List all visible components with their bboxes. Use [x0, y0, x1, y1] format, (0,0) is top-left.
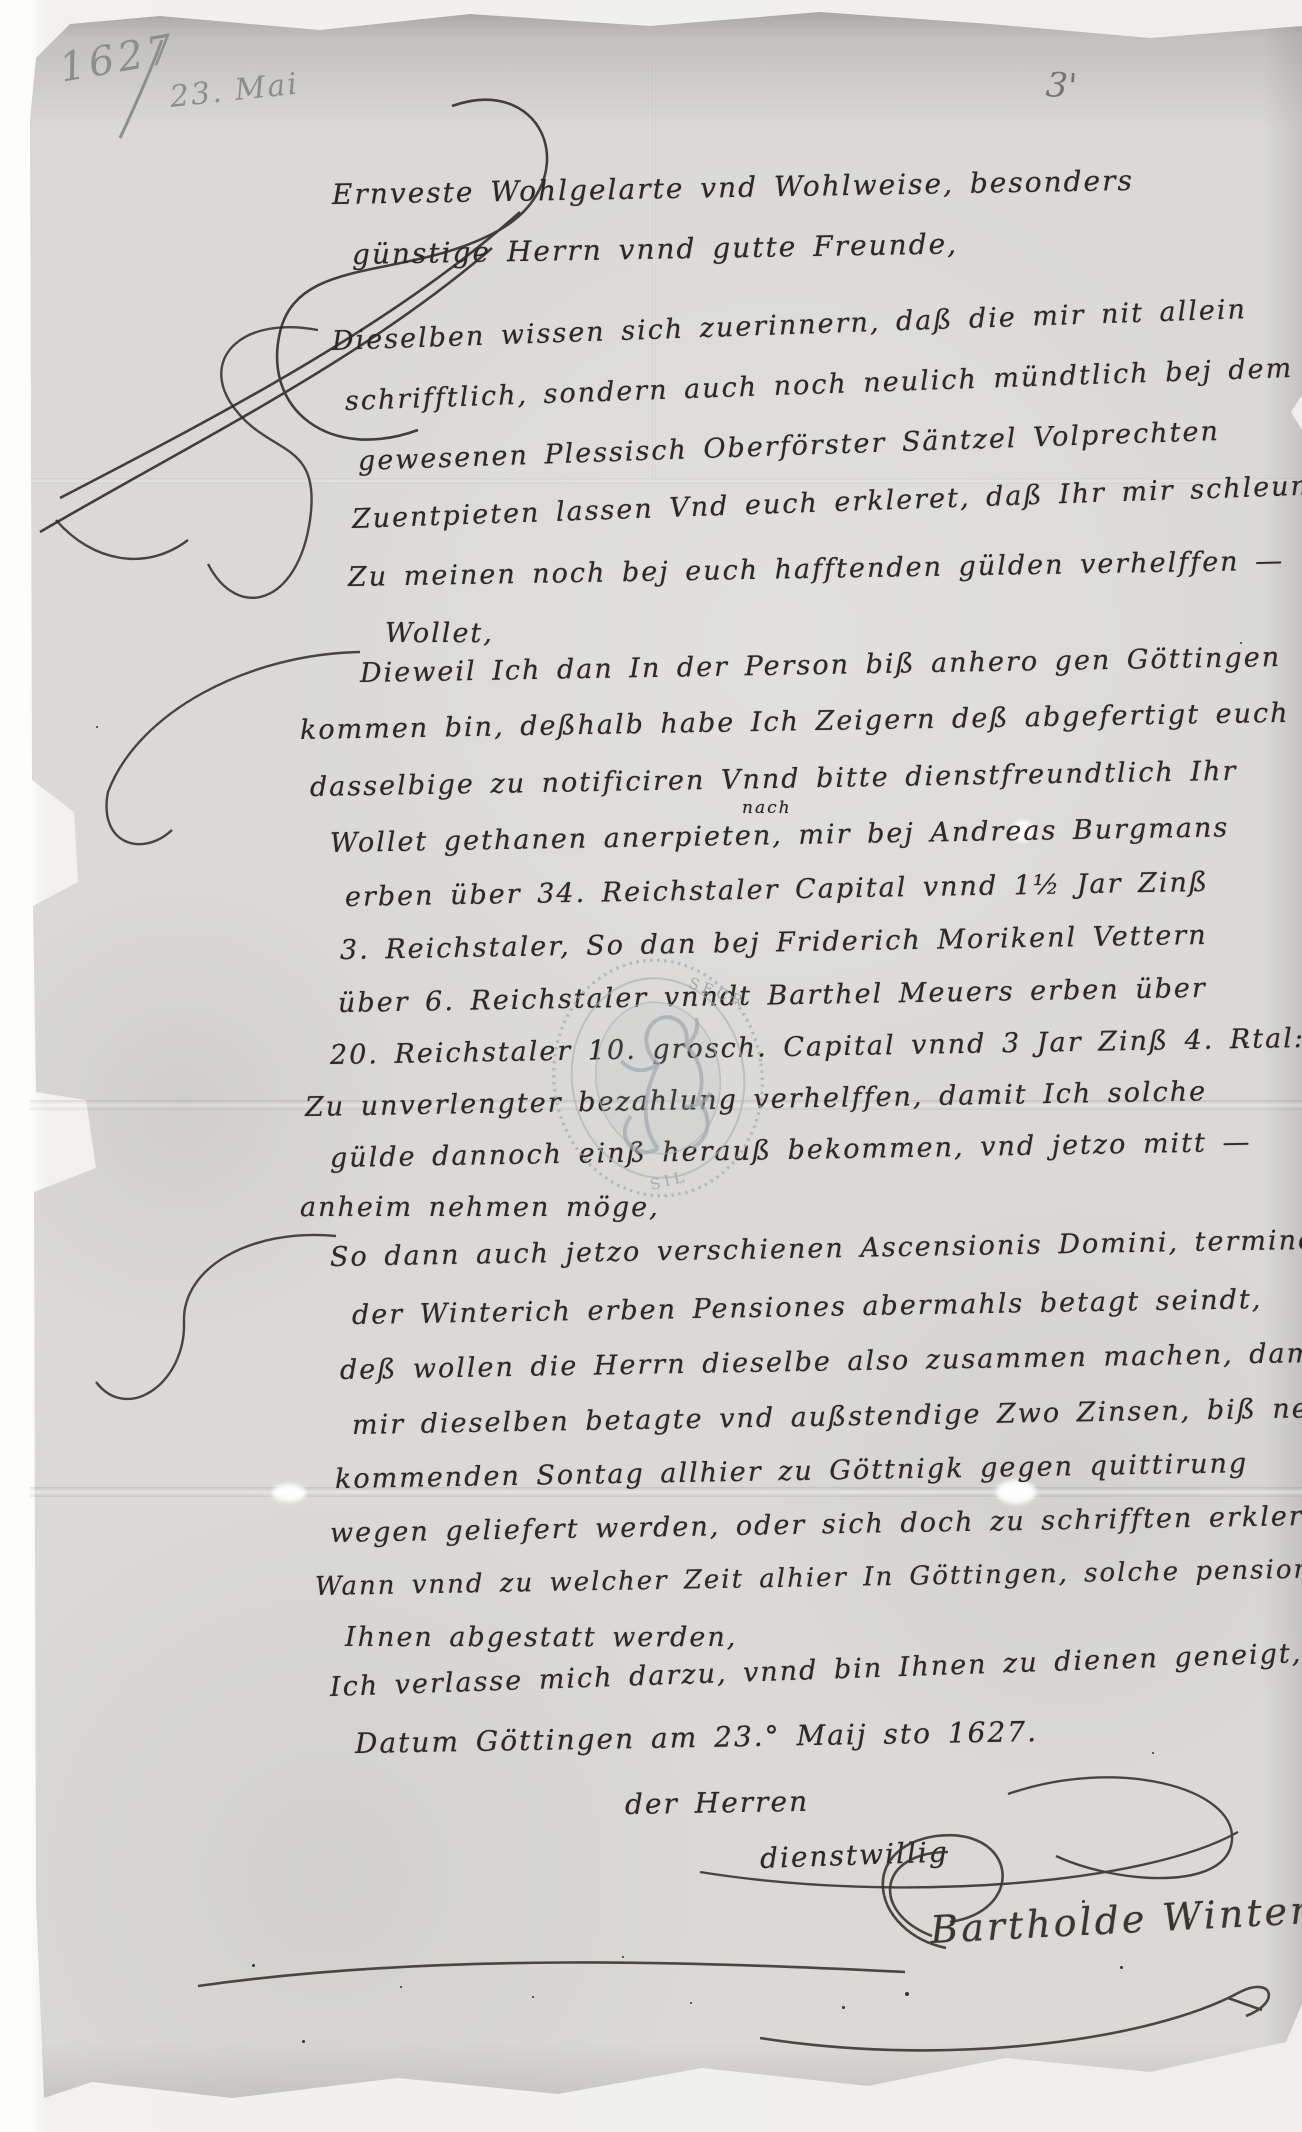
ink-speck	[1188, 1918, 1190, 1920]
ink-speck	[1082, 1900, 1085, 1903]
ink-speck	[690, 2002, 692, 2004]
crease-glare	[996, 1480, 1036, 1504]
ink-speck	[302, 2040, 305, 2043]
ink-speck	[842, 2006, 845, 2009]
ink-speck	[982, 1470, 984, 1472]
ink-speck	[252, 1964, 255, 1967]
manuscript-line: der Herren	[625, 1785, 810, 1821]
crease-glare	[272, 1484, 306, 1502]
folio-number: 3'	[1045, 65, 1079, 107]
manuscript-line: nach	[742, 798, 792, 818]
manuscript-line: Ihnen abgestatt werden,	[345, 1622, 737, 1653]
manuscript-line: dienstwillig	[759, 1835, 949, 1875]
manuscript-line: Wollet,	[385, 618, 494, 649]
ink-speck	[622, 1956, 624, 1958]
ink-speck	[532, 1996, 534, 1998]
fold-crease-vertical	[652, 60, 656, 480]
ink-speck	[1240, 642, 1242, 644]
ink-speck	[400, 1986, 402, 1988]
ink-speck	[96, 726, 98, 728]
manuscript-scan: { "page": { "background_color": "#efeeec…	[0, 0, 1302, 2132]
manuscript-line: anheim nehmen möge,	[300, 1192, 660, 1223]
ink-speck	[1246, 1042, 1248, 1044]
ink-speck	[1152, 1752, 1154, 1754]
ink-speck	[1120, 1966, 1123, 1969]
ink-speck	[905, 1992, 909, 1996]
